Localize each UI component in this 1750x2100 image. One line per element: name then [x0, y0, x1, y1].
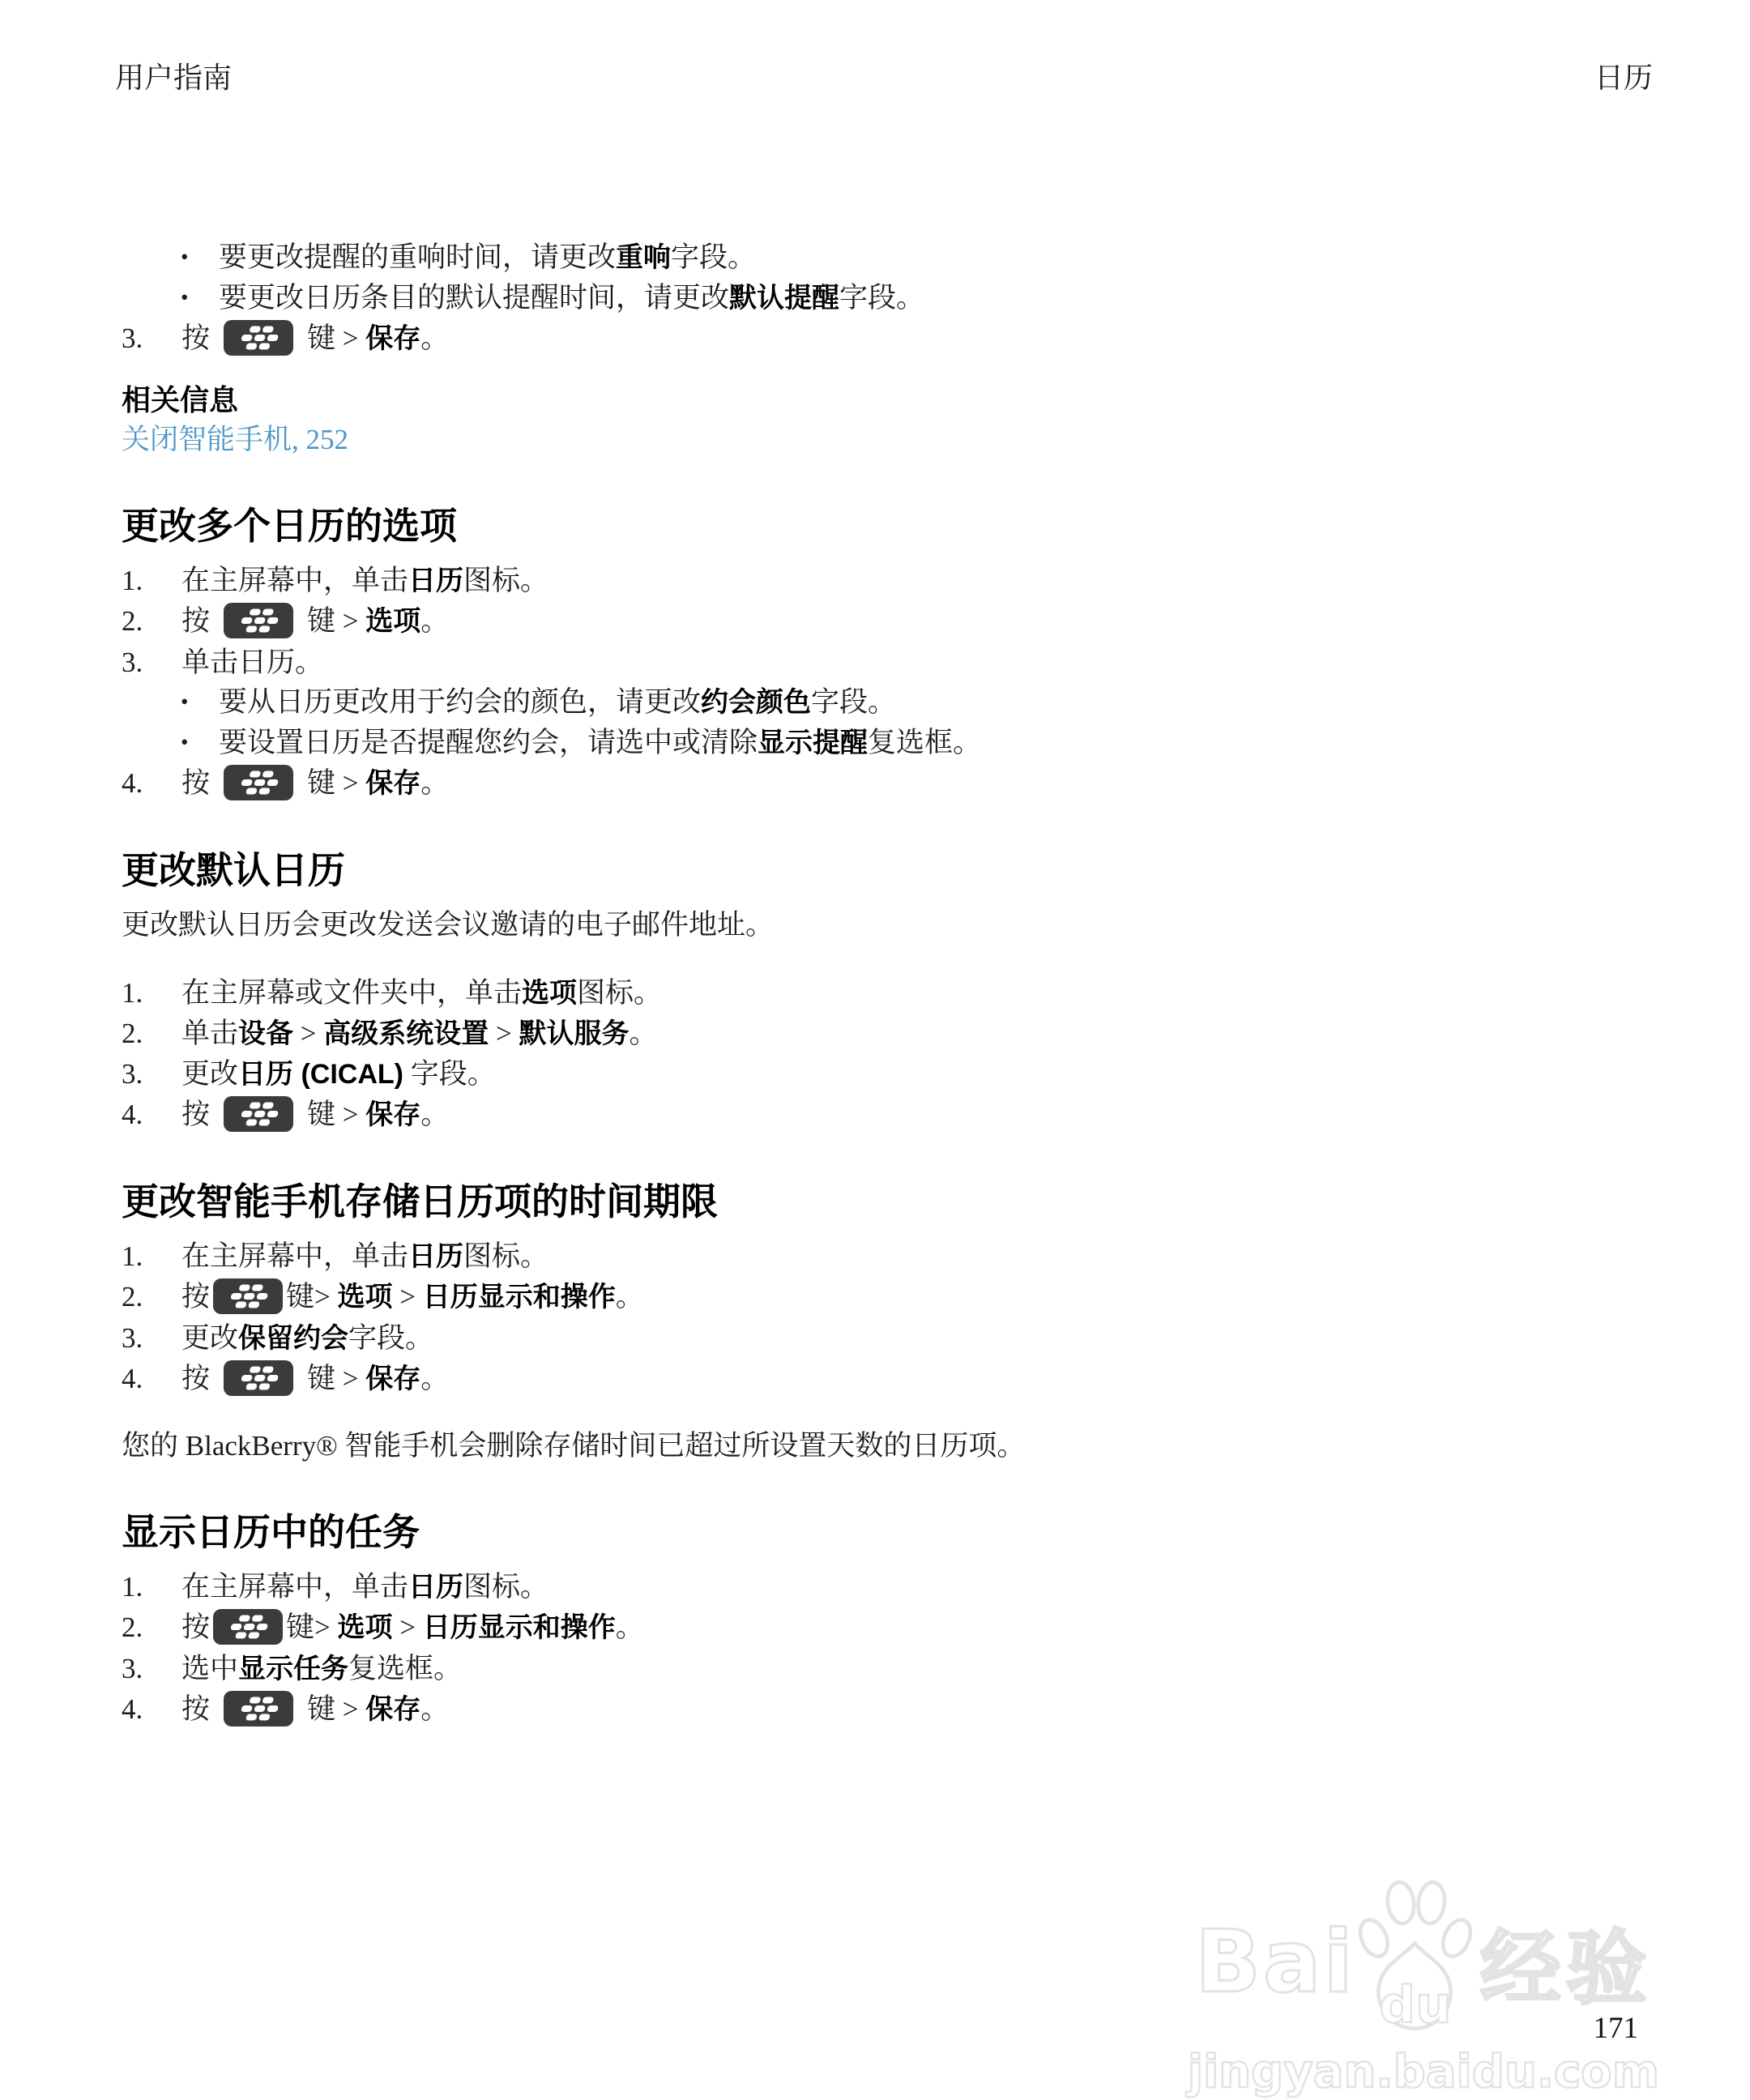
- page-header: 用户指南 日历: [115, 60, 1653, 96]
- numbered-step: 4.按键 > 保存。: [122, 1095, 1654, 1136]
- watermark-url: jingyan.baidu.com: [1188, 2046, 1659, 2098]
- page-number: 171: [1594, 2011, 1639, 2046]
- list-item: •要设置日历是否提醒您约会，请选中或清除显示提醒复选框。: [181, 723, 1654, 763]
- blackberry-menu-key-icon: [223, 1095, 294, 1133]
- watermark-logo: Bai du 经验: [1188, 1877, 1659, 2046]
- numbered-step: 2.按键> 选项 > 日历显示和操作。: [122, 1607, 1654, 1649]
- header-section-title: 日历: [1594, 60, 1653, 96]
- blackberry-menu-key-icon: [223, 1359, 294, 1397]
- note-paragraph: 您的 BlackBerry® 智能手机会删除存储时间已超过所设置天数的日历项。: [122, 1426, 1654, 1466]
- bullet-icon: •: [181, 689, 219, 715]
- numbered-step: 4.按键 > 保存。: [122, 1689, 1654, 1731]
- list-item: •要更改提醒的重响时间，请更改重响字段。: [181, 237, 1654, 278]
- header-doc-title: 用户指南: [115, 60, 232, 96]
- section-heading: 更改多个日历的选项: [122, 502, 1654, 549]
- numbered-step: 4.按键 > 保存。: [122, 1359, 1654, 1400]
- numbered-step: 1.在主屏幕中，单击日历图标。: [122, 1236, 1654, 1277]
- related-info-heading: 相关信息: [122, 381, 1654, 420]
- bullet-icon: •: [181, 730, 219, 755]
- blackberry-menu-key-icon: [223, 764, 294, 801]
- numbered-step: 2.按键 > 选项。: [122, 601, 1654, 642]
- numbered-step: 1.在主屏幕或文件夹中，单击选项图标。: [122, 973, 1654, 1014]
- numbered-step: 1.在主屏幕中，单击日历图标。: [122, 1567, 1654, 1607]
- list-item: •要从日历更改用于约会的颜色，请更改约会颜色字段。: [181, 682, 1654, 723]
- bullet-icon: •: [181, 245, 219, 270]
- related-link[interactable]: 关闭智能手机, 252: [122, 420, 348, 460]
- numbered-step: 4.按键 > 保存。: [122, 763, 1654, 805]
- numbered-step: 3.更改日历 (CICAL) 字段。: [122, 1054, 1654, 1095]
- page-content: •要更改提醒的重响时间，请更改重响字段。 •要更改日历条目的默认提醒时间，请更改…: [122, 237, 1654, 1731]
- numbered-step: 3.按键 > 保存。: [122, 318, 1654, 360]
- section-lead-paragraph: 更改默认日历会更改发送会议邀请的电子邮件地址。: [122, 905, 1654, 945]
- related-info: 相关信息 关闭智能手机, 252: [122, 381, 1654, 460]
- watermark-text-bai: Bai: [1195, 1912, 1355, 2012]
- numbered-step: 3.更改保留约会字段。: [122, 1318, 1654, 1359]
- blackberry-menu-key-icon: [212, 1278, 284, 1315]
- numbered-step: 3.单击日历。: [122, 642, 1654, 682]
- numbered-step: 2.按键> 选项 > 日历显示和操作。: [122, 1277, 1654, 1318]
- section-heading: 更改默认日历: [122, 847, 1654, 894]
- watermark-text-jingyan: 经验: [1480, 1903, 1652, 2020]
- blackberry-menu-key-icon: [223, 602, 294, 639]
- bullet-icon: •: [181, 285, 219, 310]
- section-heading: 显示日历中的任务: [122, 1509, 1654, 1556]
- list-item: •要更改日历条目的默认提醒时间，请更改默认提醒字段。: [181, 278, 1654, 318]
- blackberry-menu-key-icon: [223, 1690, 294, 1727]
- blackberry-menu-key-icon: [212, 1608, 284, 1645]
- baidu-jingyan-watermark: Bai du 经验 jingyan.baidu.com: [1188, 1877, 1659, 2098]
- baidu-paw-icon: du: [1357, 1871, 1472, 2039]
- watermark-paw-text: du: [1379, 1975, 1451, 2034]
- section-heading: 更改智能手机存储日历项的时间期限: [122, 1178, 1654, 1225]
- numbered-step: 3.选中显示任务复选框。: [122, 1649, 1654, 1689]
- blackberry-menu-key-icon: [223, 319, 294, 356]
- numbered-step: 1.在主屏幕中，单击日历图标。: [122, 561, 1654, 601]
- document-page: 用户指南 日历 •要更改提醒的重响时间，请更改重响字段。 •要更改日历条目的默认…: [0, 0, 1750, 2100]
- numbered-step: 2.单击设备 > 高级系统设置 > 默认服务。: [122, 1014, 1654, 1054]
